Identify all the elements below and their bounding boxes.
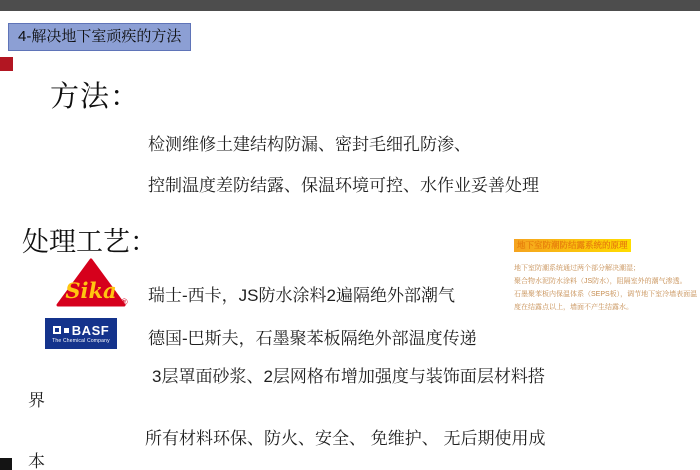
method-heading: 方法：	[50, 74, 140, 115]
principle-line-2: 聚合物水泥防水涂料（JS防水），阻隔室外的潮气渗透。	[514, 276, 687, 286]
slide-title-badge: 4-解决地下室顽疾的方法	[8, 23, 191, 51]
process-paragraph2-line1: 所有材料环保、防火、安全、 免维护、 无后期使用成	[145, 424, 545, 449]
principle-line-1: 地下室防潮系统通过两个部分解决潮湿；	[514, 263, 640, 273]
method-line-2: 控制温度差防结露、保温环境可控、水作业妥善处理	[148, 171, 539, 196]
process-paragraph1-line2: 界	[28, 386, 45, 411]
process-paragraph2-line2: 本	[28, 447, 45, 470]
basf-logo-icon: BASF The Chemical Company	[45, 318, 117, 349]
basf-description: 德国-巴斯夫，石墨聚苯板隔绝外部温度传递	[148, 324, 477, 349]
top-chrome-bar	[0, 0, 700, 11]
process-paragraph1-line1: 3层罩面砂浆、2层网格布增加强度与装饰面层材料搭	[152, 362, 545, 387]
basf-tagline: The Chemical Company	[52, 339, 110, 344]
basf-outline-square-icon	[53, 326, 61, 334]
slide-canvas: 4-解决地下室顽疾的方法 方法： 检测维修土建结构防漏、密封毛细孔防渗、 控制温…	[0, 0, 700, 470]
principle-line-4: 度在结露点以上，墙面不产生结露水。	[514, 302, 633, 312]
principle-line-3: 石墨聚苯板内保温体系（SEPS板），调节地下室冷墙表面温	[514, 289, 697, 299]
process-heading: 处理工艺：	[22, 220, 157, 259]
sika-registered-mark: ®	[121, 297, 128, 307]
basf-solid-square-icon	[64, 328, 69, 333]
method-line-1: 检测维修土建结构防漏、密封毛细孔防渗、	[148, 130, 471, 155]
sika-logo-icon: Sika	[56, 258, 126, 308]
basf-logo-row: BASF	[53, 324, 109, 337]
svg-text:Sika: Sika	[65, 278, 116, 303]
basf-wordmark: BASF	[72, 324, 109, 337]
sika-description: 瑞士-西卡，JS防水涂料2遍隔绝外部潮气	[148, 281, 455, 306]
bottom-left-corner-shape	[0, 458, 12, 470]
principle-box-header: 地下室防潮防结露系统的原理	[514, 239, 631, 252]
left-edge-red-shape	[0, 57, 13, 71]
